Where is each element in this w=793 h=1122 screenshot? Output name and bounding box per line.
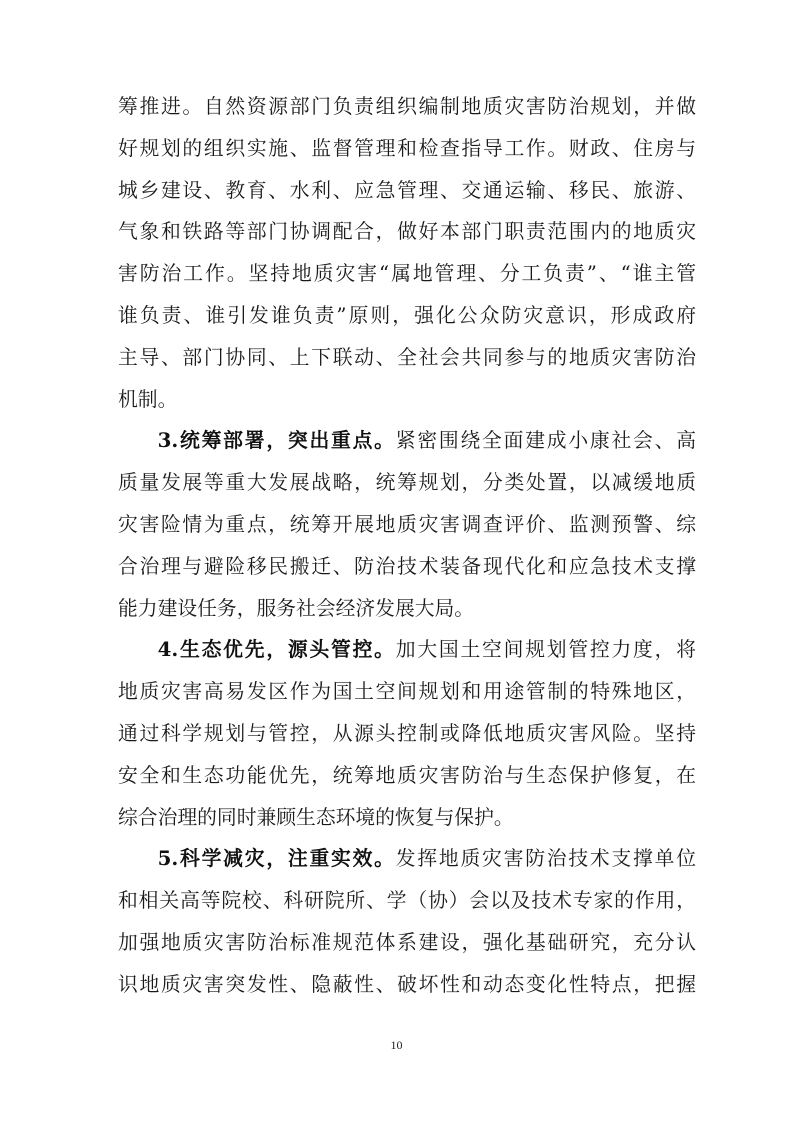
body-text: 筹推进。自然资源部门负责组织编制地质灾害防治规划，并做 好规划的组织实施、监督管…: [118, 86, 696, 1006]
text-line: 灾害险情为重点，统筹开展地质灾害调查评价、监测预警、综: [118, 504, 696, 546]
text-line: 气象和铁路等部门协调配合，做好本部门职责范围内的地质灾: [118, 211, 696, 253]
principle-heading: 3.统筹部署，突出重点。: [158, 428, 396, 452]
text-line: 通过科学规划与管控，从源头控制或降低地质灾害风险。坚持: [118, 713, 696, 755]
document-page: 筹推进。自然资源部门负责组织编制地质灾害防治规划，并做 好规划的组织实施、监督管…: [0, 0, 793, 1122]
text-line: 和相关高等院校、科研院所、学（协）会以及技术专家的作用，: [118, 880, 696, 922]
principle-heading: 5.科学减灾，注重实效。: [158, 846, 396, 870]
paragraph-principle-3: 3.统筹部署，突出重点。紧密围绕全面建成小康社会、高 质量发展等重大发展战略，统…: [118, 420, 696, 629]
text-line: 城乡建设、教育、水利、应急管理、交通运输、移民、旅游、: [118, 170, 696, 212]
text-line: 筹推进。自然资源部门负责组织编制地质灾害防治规划，并做: [118, 86, 696, 128]
text-line: 加强地质灾害防治标准规范体系建设，强化基础研究，充分认: [118, 922, 696, 964]
text-line: 谁负责、谁引发谁负责”原则，强化公众防灾意识，形成政府: [118, 295, 696, 337]
text-run: 紧密围绕全面建成小康社会、高: [396, 429, 696, 452]
text-run: 加大国土空间规划管控力度，将: [396, 638, 696, 661]
paragraph-first-line: 3.统筹部署，突出重点。紧密围绕全面建成小康社会、高: [118, 420, 696, 462]
paragraph-first-line: 5.科学减灾，注重实效。发挥地质灾害防治技术支撑单位: [118, 838, 696, 880]
text-line: 质量发展等重大发展战略，统筹规划，分类处置，以减缓地质: [118, 462, 696, 504]
text-line: 识地质灾害突发性、隐蔽性、破坏性和动态变化性特点，把握: [118, 964, 696, 1006]
principle-heading: 4.生态优先，源头管控。: [158, 637, 396, 661]
text-line: 安全和生态功能优先，统筹地质灾害防治与生态保护修复，在: [118, 755, 696, 797]
text-line: 地质灾害高易发区作为国土空间规划和用途管制的特殊地区，: [118, 671, 696, 713]
paragraph-first-line: 4.生态优先，源头管控。加大国土空间规划管控力度，将: [118, 629, 696, 671]
text-line: 主导、部门协同、上下联动、全社会共同参与的地质灾害防治: [118, 337, 696, 379]
text-line: 好规划的组织实施、监督管理和检查指导工作。财政、住房与: [118, 128, 696, 170]
page-number: 10: [0, 1038, 793, 1053]
paragraph-principle-5: 5.科学减灾，注重实效。发挥地质灾害防治技术支撑单位 和相关高等院校、科研院所、…: [118, 838, 696, 1005]
text-line: 合治理与避险移民搬迁、防治技术装备现代化和应急技术支撑: [118, 546, 696, 588]
text-line: 综合治理的同时兼顾生态环境的恢复与保护。: [118, 797, 696, 839]
text-line: 害防治工作。坚持地质灾害“属地管理、分工负责”、“谁主管: [118, 253, 696, 295]
text-line: 能力建设任务，服务社会经济发展大局。: [118, 588, 696, 630]
paragraph-principle-4: 4.生态优先，源头管控。加大国土空间规划管控力度，将 地质灾害高易发区作为国土空…: [118, 629, 696, 838]
text-line: 机制。: [118, 379, 696, 421]
text-run: 发挥地质灾害防治技术支撑单位: [396, 847, 696, 870]
paragraph-responsibility: 筹推进。自然资源部门负责组织编制地质灾害防治规划，并做 好规划的组织实施、监督管…: [118, 86, 696, 420]
